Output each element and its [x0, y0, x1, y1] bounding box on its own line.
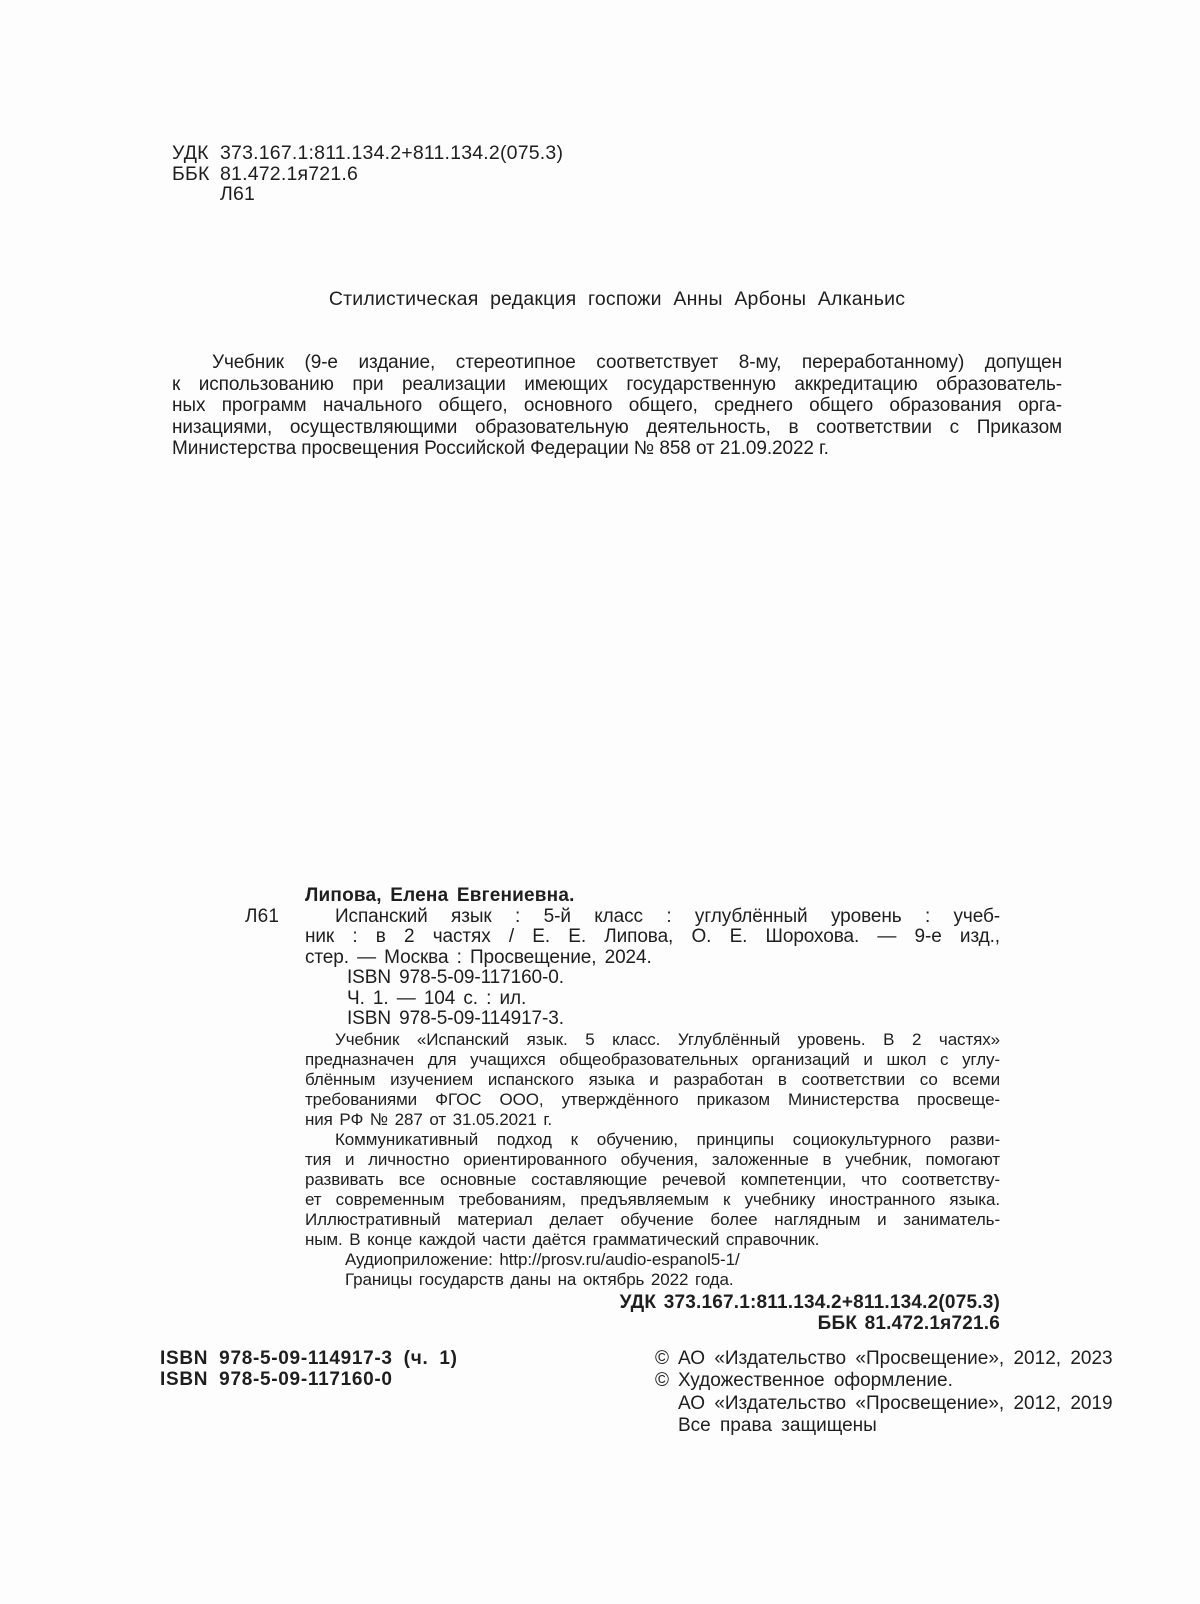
- bbk-row: ББК81.472.1я721.6: [172, 164, 563, 185]
- copyright-text: Все права защищены: [678, 1415, 877, 1436]
- text-line: стер. — Москва : Просвещение, 2024.: [305, 948, 1000, 969]
- udk-value: 373.167.1:811.134.2+811.134.2(075.3): [220, 142, 563, 164]
- stylistic-credit: Стилистическая редакция госпожи Анны Арб…: [172, 288, 1062, 311]
- text-line: тия и личностно ориентированного обучени…: [305, 1150, 1000, 1170]
- text-line: предназначен для учащихся общеобразовате…: [305, 1050, 1000, 1070]
- text-line: Учебник «Испанский язык. 5 класс. Углубл…: [305, 1030, 1000, 1050]
- text-line: Иллюстративный материал делает обучение …: [305, 1210, 1000, 1230]
- text-line: Испанский язык : 5-й класс : углублённый…: [305, 907, 1000, 928]
- udk-label: УДК: [172, 143, 220, 164]
- text-line: ным. В конце каждой части даётся граммат…: [305, 1230, 1000, 1250]
- annotation-paragraph-1: Учебник «Испанский язык. 5 класс. Углубл…: [305, 1030, 1000, 1130]
- text-line: Министерства просвещения Российской Феде…: [172, 438, 1062, 460]
- classification-codes: УДК373.167.1:811.134.2+811.134.2(075.3) …: [172, 143, 563, 205]
- text-line: требованиями ФГОС ООО, утверждённого при…: [305, 1090, 1000, 1110]
- bbk-value: 81.472.1я721.6: [220, 163, 358, 185]
- text-line: блённым изучением испанского языка и раз…: [305, 1070, 1000, 1090]
- isbn-full-bottom: ISBN 978-5-09-117160-0: [160, 1370, 458, 1391]
- copyright-symbol: ©: [655, 1348, 678, 1370]
- annotation-paragraph-2: Коммуникативный подход к обучению, принц…: [305, 1130, 1000, 1250]
- copyright-symbol: ©: [655, 1370, 678, 1392]
- imprint-page: УДК373.167.1:811.134.2+811.134.2(075.3) …: [0, 0, 1200, 1604]
- isbn-part1-line: ISBN 978-5-09-114917-3.: [305, 1009, 1000, 1030]
- author-sign: Л61: [220, 183, 255, 205]
- isbn-part1-bottom: ISBN 978-5-09-114917-3 (ч. 1): [160, 1349, 458, 1370]
- bbk-label: ББК: [172, 164, 220, 185]
- udk-bottom-line: УДК 373.167.1:811.134.2+811.134.2(075.3): [305, 1292, 1000, 1313]
- author-sign-row: Л61: [172, 184, 563, 205]
- catalog-card: Л61 Липова, Елена Евгениевна. Испанский …: [305, 886, 1000, 1334]
- copyright-text: АО «Издательство «Просвещение», 2012, 20…: [678, 1348, 1113, 1369]
- text-line: ния РФ № 287 от 31.05.2021 г.: [305, 1110, 1000, 1130]
- copyright-text: Художественное оформление.: [678, 1370, 953, 1391]
- approval-paragraph: Учебник (9-е издание, стереотипное соотв…: [172, 352, 1062, 460]
- isbn-set-line: ISBN 978-5-09-117160-0.: [305, 968, 1000, 989]
- text-line: к использованию при реализации имеющих г…: [172, 374, 1062, 396]
- udk-row: УДК373.167.1:811.134.2+811.134.2(075.3): [172, 143, 563, 164]
- audio-appendix-note: Аудиоприложение: http://prosv.ru/audio-e…: [305, 1250, 1000, 1270]
- copyright-text: АО «Издательство «Просвещение», 2012, 20…: [678, 1393, 1113, 1414]
- text-line: ник : в 2 частях / Е. Е. Липова, О. Е. Ш…: [305, 927, 1000, 948]
- text-line: ных программ начального общего, основног…: [172, 395, 1062, 417]
- copyright-line: АО «Издательство «Просвещение», 2012, 20…: [655, 1393, 1113, 1415]
- text-line: низациями, осуществляющими образовательн…: [172, 417, 1062, 439]
- isbn-block: ISBN 978-5-09-114917-3 (ч. 1) ISBN 978-5…: [160, 1349, 458, 1390]
- text-line: развивать все основные составляющие рече…: [305, 1170, 1000, 1190]
- part-info-line: Ч. 1. — 104 с. : ил.: [305, 989, 1000, 1010]
- bbk-bottom-line: ББК 81.472.1я721.6: [305, 1313, 1000, 1334]
- map-borders-note: Границы государств даны на октябрь 2022 …: [305, 1270, 1000, 1290]
- copyright-line: ©Художественное оформление.: [655, 1370, 1113, 1392]
- title-statement: Испанский язык : 5-й класс : углублённый…: [305, 907, 1000, 969]
- text-line: Учебник (9-е издание, стереотипное соотв…: [172, 352, 1062, 374]
- author-heading: Липова, Елена Евгениевна.: [305, 886, 1000, 907]
- copyright-line: Все права защищены: [655, 1415, 1113, 1437]
- copyright-block: ©АО «Издательство «Просвещение», 2012, 2…: [655, 1348, 1113, 1437]
- text-line: Коммуникативный подход к обучению, принц…: [305, 1130, 1000, 1150]
- author-sign-margin: Л61: [245, 907, 279, 928]
- copyright-line: ©АО «Издательство «Просвещение», 2012, 2…: [655, 1348, 1113, 1370]
- text-line: ет современным требованиям, предъявляемы…: [305, 1190, 1000, 1210]
